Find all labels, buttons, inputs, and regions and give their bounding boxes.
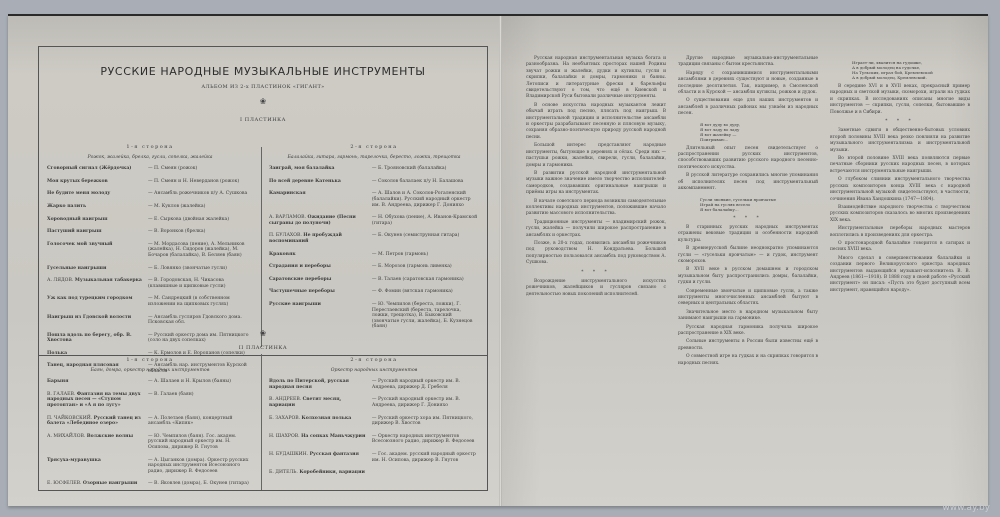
article-paragraph: Инструментальные переборы народных масте… — [830, 226, 970, 239]
track-row: Частушечные переборы— Ф. Фомин (вятская … — [269, 289, 479, 295]
article-paragraph: В древнерусской былине неоднократно упом… — [678, 246, 818, 265]
track-row: Е. ЮСФЕЛЕВ. Озорные наигрыши— В. Яковлев… — [47, 481, 253, 487]
article-paragraph: Большой интерес представляют народные ин… — [526, 143, 666, 169]
article-paragraph: О существовании еще для наших инструмент… — [678, 98, 818, 117]
article-paragraph: Русская народная инструментальная музыка… — [526, 56, 666, 101]
track-row: Н. БУДАШКИН. Русская фантазия— Гос. акад… — [269, 452, 479, 463]
track-title: А. ВАРЛАМОВ. Ожидание (Песни сыграны до … — [269, 215, 372, 226]
article-paragraph: О совместной игре на гудках и на скрипка… — [678, 354, 818, 367]
track-performer: — Б. Морозов (гармонь ливенка) — [372, 264, 479, 270]
article-paragraph: Значительное место в народном музыкально… — [678, 310, 818, 323]
article-paragraph: Взаимодействие народного творчества с тв… — [830, 205, 970, 224]
track-row: В. АНДРЕЕВ. Светит месяц, вариации— Русс… — [269, 397, 479, 408]
track-performer: — В. Яковлев (домра), Б. Окунев (гитара) — [148, 481, 253, 487]
track-performer: — В. Талаев (саратовская гармоника) — [372, 277, 479, 283]
track-row: Голосочек мой звучный— М. Мордасова (пен… — [47, 242, 253, 259]
track-title: Не будите меня молоду — [47, 191, 148, 197]
side-instruments: Балалайка, гитара, гармонь, тарелочка, б… — [269, 155, 479, 161]
disc2-side1: 1-я сторона Баян, домра, оркестр народны… — [47, 358, 253, 494]
track-row: Уж как под турецким городком— М. Сандрец… — [47, 296, 253, 307]
track-performer: — Н. Обухова (пение), А. Иванов-Крамской… — [372, 215, 479, 226]
track-performer: — М. Мордасова (пение), А. Мельников (жа… — [148, 242, 253, 259]
track-performer: — В. Городовская, Н. Чикасова (клавишные… — [148, 278, 253, 289]
track-performer: — В. Галаев (баян) — [148, 392, 253, 409]
track-performer — [372, 470, 479, 476]
track-row: В. ГАЛАЕВ. Фантазия на темы двух народны… — [47, 392, 253, 409]
track-title: По всей деревне Катенька — [269, 179, 372, 185]
track-performer: — Ф. Фомин (вятская гармоника) — [372, 289, 479, 295]
track-row: Саратовские переборы— В. Талаев (саратов… — [269, 277, 479, 283]
track-title: Голосочек мой звучный — [47, 242, 148, 259]
track-row: Барыня— А. Шалаев и Н. Крылов (баяны) — [47, 379, 253, 385]
track-row: П. БУЛАХОВ. Не пробуждай воспоминаний— Б… — [269, 233, 479, 244]
side-instruments: Рожок, жалейка, брелка, гусли, сопелка, … — [47, 155, 253, 161]
article-paragraph: Современные звончатые и щипковые гусли, … — [678, 289, 818, 308]
article-paragraph: Позже, в 20-х годах, появились ансамбли … — [526, 241, 666, 267]
track-row: Б. ДИТЕЛЬ. Коробейники, вариации — [269, 470, 479, 476]
track-performer: — Б. Ловянко (звончатые гусли) — [148, 266, 253, 272]
track-title: Частушечные переборы — [269, 289, 372, 295]
track-list: Сговорный сигнал (Жёрдочка)— П. Смеян (р… — [47, 166, 253, 374]
article-paragraph: В XVII веке в русском домашнем и городск… — [678, 267, 818, 286]
record-sleeve-spread: РУССКИЕ НАРОДНЫЕ МУЗЫКАЛЬНЫЕ ИНСТРУМЕНТЫ… — [8, 14, 988, 506]
track-row: Краковяк— М. Петров (гармонь) — [269, 252, 479, 258]
track-title: П. БУЛАХОВ. Не пробуждай воспоминаний — [269, 233, 372, 244]
track-performer: — М. Куклов (жалейка) — [148, 204, 253, 210]
right-page-article: Русская народная инструментальная музыка… — [502, 16, 988, 506]
track-performer: — Е. Сыркова (двойная жалейка) — [148, 217, 253, 223]
article-paragraph: В русской литературе сохранились многие … — [678, 173, 818, 192]
track-performer: — А. Цыганков (домра). Оркестр русских н… — [148, 458, 253, 475]
side-instruments: Баян, домра, оркестр народных инструмент… — [47, 368, 253, 374]
track-list: Вдоль по Питерской, русская народная пес… — [269, 379, 479, 476]
track-row: Вдоль по Питерской, русская народная пес… — [269, 379, 479, 390]
track-row: Н. ШАХРОВ. На сопках Маньчжурии— Оркестр… — [269, 434, 479, 445]
track-performer: — А. Полетаев (баян), концертный ансамбл… — [148, 416, 253, 427]
article-paragraph: Наряду с сохранившимися инструментальным… — [678, 71, 818, 97]
track-title: Б. ДИТЕЛЬ. Коробейники, вариации — [269, 470, 372, 476]
article-paragraph: О глубоком слиянии инструментального тво… — [830, 177, 970, 203]
track-list: Барыня— А. Шалаев и Н. Крылов (баяны)В. … — [47, 379, 253, 487]
track-title: Наигрыш из Гдовской волости — [47, 315, 148, 326]
article-paragraph: Сольные инструменты в России были извест… — [678, 339, 818, 352]
track-row: Заиграй, моя балалайка— Б. Трояновский (… — [269, 166, 479, 172]
track-row: Камаринская— А. Шалов и А. Соколов-Рогал… — [269, 191, 479, 208]
side-title: 2-я сторона — [269, 358, 479, 364]
track-title: В. АНДРЕЕВ. Светит месяц, вариации — [269, 397, 372, 408]
track-title: Жарко палить — [47, 204, 148, 210]
disc2-side2: 2-я сторона Оркестр народных инструменто… — [269, 358, 479, 483]
article-paragraph: В середине XVI и в XVII веках, прекрасны… — [830, 84, 970, 116]
track-title: Уж как под турецким городком — [47, 296, 148, 307]
track-performer: — А. Шалов и А. Соколов-Рогаленский (бал… — [372, 191, 479, 208]
track-title: Хороводный наигрыш — [47, 217, 148, 223]
article-paragraph: В развитии русской народной инструментал… — [526, 171, 666, 197]
track-performer: — М. Сандрецкий (в собственном изложении… — [148, 296, 253, 307]
track-title: Б. ЗАХАРОВ. Колхозная полька — [269, 416, 372, 427]
track-performer: — В. Воронков (брелка) — [148, 229, 253, 235]
side-title: 1-я сторона — [47, 145, 253, 151]
poem-verse: Я вот дуду во дуду,Я вот ладу во ладуЯ в… — [700, 122, 818, 142]
ornament-icon: ❀ — [39, 97, 487, 106]
track-row: Пастуший наигрыш— В. Воронков (брелка) — [47, 229, 253, 235]
track-performer: — А. Шалаев и Н. Крылов (баяны) — [148, 379, 253, 385]
track-row: Трясуха-муравушка— А. Цыганков (домра). … — [47, 458, 253, 475]
track-title: Барыня — [47, 379, 148, 385]
disc1-frame: РУССКИЕ НАРОДНЫЕ МУЗЫКАЛЬНЫЕ ИНСТРУМЕНТЫ… — [38, 46, 488, 356]
track-performer: — Оркестр народных инструментов Всесоюзн… — [372, 434, 479, 445]
track-row: А. ВАРЛАМОВ. Ожидание (Песни сыграны до … — [269, 215, 479, 226]
track-title: А. ЛЯДОВ. Музыкальная табакерка — [47, 278, 148, 289]
track-performer: — Русский народный оркестр им. В. Андрее… — [372, 397, 479, 408]
track-row: А. ЛЯДОВ. Музыкальная табакерка— В. Горо… — [47, 278, 253, 289]
section-separator: * * * — [678, 216, 818, 222]
track-performer: — Ю. Чемпилов (баян). Гос. академ. русск… — [148, 434, 253, 451]
track-row: Русские наигрыши— Ю. Чемпилов (береста, … — [269, 302, 479, 330]
track-title: Н. БУДАШКИН. Русская фантазия — [269, 452, 372, 463]
track-title: Трясуха-муравушка — [47, 458, 148, 475]
track-title: А. МИХАЙЛОВ. Волжские волны — [47, 434, 148, 451]
disc2-frame: 1-я сторона Баян, домра, оркестр народны… — [38, 354, 488, 491]
article-paragraph: Другие народные музыкально-инструменталь… — [678, 56, 818, 69]
track-title: П. ЧАЙКОВСКИЙ. Русский танец из балета «… — [47, 416, 148, 427]
track-title: Моя крутых бережков — [47, 179, 148, 185]
track-row: Моя крутых бережков— П. Смеян и Н. Невер… — [47, 179, 253, 185]
track-list: Заиграй, моя балалайка— Б. Трояновский (… — [269, 166, 479, 330]
article-paragraph: В старинных русских народных инструмента… — [678, 225, 818, 244]
disc1-label: I ПЛАСТИНКА — [39, 117, 487, 123]
article-paragraph: В начале советского периода возникли сам… — [526, 199, 666, 218]
track-title: Русские наигрыши — [269, 302, 372, 330]
side-title: 2-я сторона — [269, 145, 479, 151]
article-paragraph: Заметные сдвиги в общественно-бытовых ус… — [830, 128, 970, 154]
track-title: Вдоль по Питерской, русская народная пес… — [269, 379, 372, 390]
album-title: РУССКИЕ НАРОДНЫЕ МУЗЫКАЛЬНЫЕ ИНСТРУМЕНТЫ — [39, 65, 487, 78]
article-paragraph: Длительный опыт песен свидетельствует о … — [678, 146, 818, 172]
track-title: Пастуший наигрыш — [47, 229, 148, 235]
track-title: Саратовские переборы — [269, 277, 372, 283]
track-performer: — Русский народный оркестр им. В. Андрее… — [372, 379, 479, 390]
track-performer: — Ансамбль рожечников п/у А. Сушкова — [148, 191, 253, 197]
article-paragraph: Много сделал в совершенствовании балалай… — [830, 256, 970, 294]
track-row: Гусельные наигрыши— Б. Ловянко (звончаты… — [47, 266, 253, 272]
track-performer: — П. Смеян и Н. Неверданов (рожок) — [148, 179, 253, 185]
track-title: Сговорный сигнал (Жёрдочка) — [47, 166, 148, 172]
side-instruments: Оркестр народных инструментов — [269, 368, 479, 374]
watermark: www.ay.by — [942, 503, 990, 513]
side-title: 1-я сторона — [47, 358, 253, 364]
track-title: Заиграй, моя балалайка — [269, 166, 372, 172]
article-column-1: Русская народная инструментальная музыка… — [526, 56, 666, 300]
disc1-side2: 2-я сторона Балалайка, гитара, гармонь, … — [269, 145, 479, 337]
article-paragraph: О простонародной балалайке говорится в с… — [830, 241, 970, 254]
track-performer: — П. Смеян (рожок) — [148, 166, 253, 172]
track-title: Страдания и переборы — [269, 264, 372, 270]
poem-verse: Гусли звонкие, гусельки яровчатыеИграй н… — [700, 197, 818, 212]
disc2-label: II ПЛАСТИНКА — [39, 345, 487, 351]
ornament-icon: ❀ — [39, 329, 487, 338]
article-paragraph: Русская народная гармоника получила широ… — [678, 325, 818, 338]
article-paragraph: Возрождение инструментального искусства … — [526, 279, 666, 298]
track-title: Краковяк — [269, 252, 372, 258]
section-separator: * * * — [526, 270, 666, 276]
poem-verse: Играет-ли, хвалится на гудошке,А в добры… — [852, 60, 970, 80]
track-row: Наигрыш из Гдовской волости— Ансамбль гу… — [47, 315, 253, 326]
track-row: Страдания и переборы— Б. Морозов (гармон… — [269, 264, 479, 270]
track-row: А. МИХАЙЛОВ. Волжские волны— Ю. Чемпилов… — [47, 434, 253, 451]
track-performer: — Ю. Чемпилов (береста, ложки), Г. Перес… — [372, 302, 479, 330]
article-paragraph: В основе искусства народных музыкантов л… — [526, 103, 666, 141]
track-performer: — Б. Трояновский (балалайка) — [372, 166, 479, 172]
track-performer: — Соколов балалаек п/у Н. Балашова — [372, 179, 479, 185]
track-title: Камаринская — [269, 191, 372, 208]
track-row: Сговорный сигнал (Жёрдочка)— П. Смеян (р… — [47, 166, 253, 172]
article-column-2: Другие народные музыкально-инструменталь… — [678, 56, 818, 369]
album-subtitle: АЛЬБОМ ИЗ 2-х ПЛАСТИНОК «ГИГАНТ» — [39, 84, 487, 90]
track-row: П. ЧАЙКОВСКИЙ. Русский танец из балета «… — [47, 416, 253, 427]
track-title: Е. ЮСФЕЛЕВ. Озорные наигрыши — [47, 481, 148, 487]
track-row: Не будите меня молоду— Ансамбль рожечник… — [47, 191, 253, 197]
track-performer: — Б. Окунев (семиструнная гитара) — [372, 233, 479, 244]
section-separator: * * * — [830, 119, 970, 125]
article-paragraph: Во второй половине XVIII века появляются… — [830, 156, 970, 175]
article-paragraph: Традиционные инструменты — владимирский … — [526, 220, 666, 239]
track-performer: — М. Петров (гармонь) — [372, 252, 479, 258]
track-performer: — Гос. академ. русский народный оркестр … — [372, 452, 479, 463]
column-divider — [261, 354, 262, 490]
track-row: Хороводный наигрыш— Е. Сыркова (двойная … — [47, 217, 253, 223]
track-performer: — Ансамбль гусляров Гдовского дома. Пско… — [148, 315, 253, 326]
track-title: Гусельные наигрыши — [47, 266, 148, 272]
left-page-tracklist: РУССКИЕ НАРОДНЫЕ МУЗЫКАЛЬНЫЕ ИНСТРУМЕНТЫ… — [8, 16, 500, 506]
track-performer: — Русский оркестр хора им. Пятницкого, д… — [372, 416, 479, 427]
track-row: Жарко палить— М. Куклов (жалейка) — [47, 204, 253, 210]
track-row: Б. ЗАХАРОВ. Колхозная полька— Русский ор… — [269, 416, 479, 427]
track-title: В. ГАЛАЕВ. Фантазия на темы двух народны… — [47, 392, 148, 409]
track-row: По всей деревне Катенька— Соколов балала… — [269, 179, 479, 185]
track-title: Н. ШАХРОВ. На сопках Маньчжурии — [269, 434, 372, 445]
article-column-3: Играет-ли, хвалится на гудошке,А в добры… — [830, 56, 970, 296]
column-divider — [261, 147, 262, 347]
